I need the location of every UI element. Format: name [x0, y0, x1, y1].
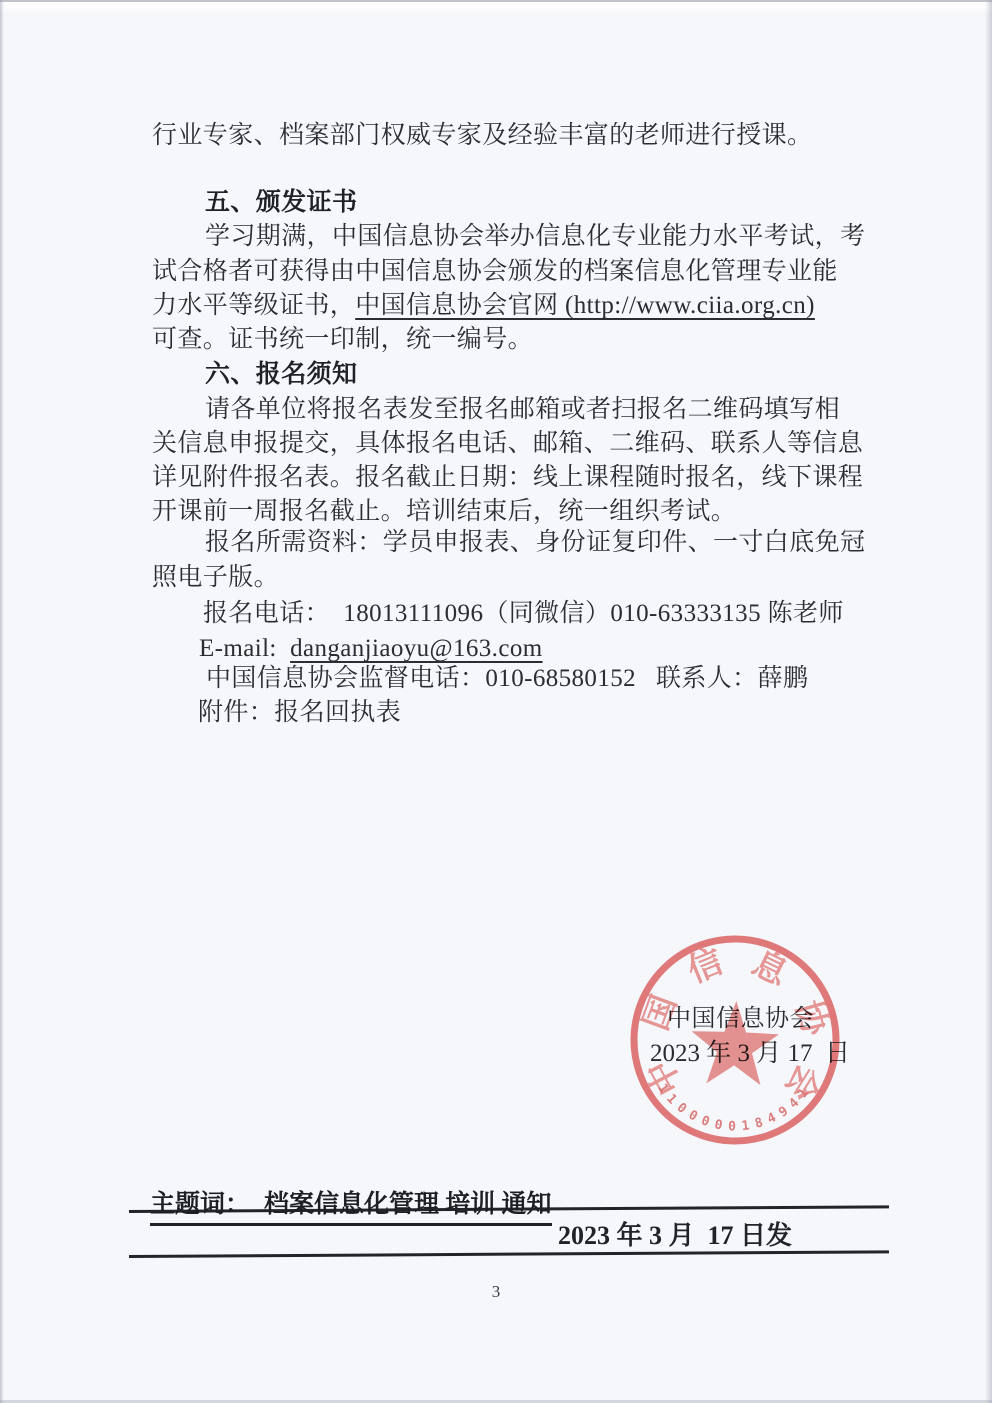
section-five-line-4: 可查。证书统一印制，统一编号。	[152, 325, 533, 355]
seal-digit: 8	[753, 1115, 765, 1132]
seal-graphic: 中 国 信 息 协 会 1 1 0 0 0 0 0 1 8 4 9 4 1	[616, 921, 854, 1159]
seal-digit: 0	[713, 1117, 724, 1133]
seal-digit: 0	[686, 1108, 700, 1125]
supervision-line: 中国信息协会监督电话：010-68580152 联系人：薛鹏	[206, 664, 808, 694]
intro-line: 行业专家、档案部门权威专家及经验丰富的老师进行授课。	[152, 121, 812, 151]
official-website-url: 中国信息协会官网 (http://www.ciia.org.cn)	[355, 292, 815, 319]
subject-keywords-line: 主题词：档案信息化管理 培训 通知	[150, 1184, 552, 1226]
section-five-line-1: 学习期满，中国信息协会举办信息化专业能力水平考试，考	[205, 222, 865, 252]
subject-label: 主题词：	[150, 1191, 250, 1218]
phone-line: 报名电话： 18013111096（同微信）010-63333135 陈老师	[203, 599, 844, 629]
email-label: E-mail:	[199, 635, 290, 662]
subject-value: 档案信息化管理 培训 通知	[264, 1191, 552, 1218]
section-six-line-4: 开课前一周报名截止。培训结束后，统一组织考试。	[152, 497, 736, 527]
section-five-line-3: 力水平等级证书，中国信息协会官网 (http://www.ciia.org.cn…	[152, 291, 815, 321]
section-six-line-1: 请各单位将报名表发至报名邮箱或者扫报名二维码填写相	[205, 395, 840, 425]
official-seal: 中 国 信 息 协 会 1 1 0 0 0 0 0 1 8 4 9 4 1	[616, 921, 854, 1159]
issue-date: 2023 年 3 月 17 日发	[558, 1215, 792, 1252]
section-six-line-6: 照电子版。	[152, 563, 279, 593]
email-line: E-mail: danganjiaoyu@163.com	[199, 634, 543, 664]
seal-digit: 1	[741, 1118, 751, 1134]
seal-digit: 0	[674, 1100, 690, 1117]
scan-edge-left	[0, 0, 4, 1403]
section-six-line-5: 报名所需资料：学员申报表、身份证复印件、一寸白底免冠	[205, 528, 865, 558]
seal-digit: 0	[699, 1113, 712, 1130]
section-six-heading: 六、报名须知	[205, 360, 357, 390]
seal-digit: 9	[776, 1104, 791, 1121]
scan-edge-top	[0, 0, 992, 2]
section-five-heading: 五、颁发证书	[205, 188, 357, 218]
section-six-line-2: 关信息申报提交，具体报名电话、邮箱、二维码、联系人等信息	[152, 429, 863, 459]
seal-digit: 4	[765, 1110, 779, 1127]
section-six-line-3: 详见附件报名表。报名截止日期：线上课程随时报名，线下课程	[152, 463, 863, 493]
seal-star-icon	[690, 999, 780, 1085]
page-number: 3	[0, 1282, 992, 1302]
footer-rule-bottom	[129, 1250, 889, 1257]
certificate-text: 力水平等级证书，	[152, 292, 355, 319]
attachment-line: 附件：报名回执表	[198, 698, 401, 728]
scan-edge-right	[985, 0, 992, 1403]
section-five-line-2: 试合格者可获得由中国信息协会颁发的档案信息化管理专业能	[152, 257, 838, 287]
email-address: danganjiaoyu@163.com	[290, 635, 543, 662]
scanned-notice-page: { "document": { "intro_line": "行业专家、档案部门…	[0, 0, 992, 1403]
seal-digit: 0	[728, 1119, 737, 1134]
